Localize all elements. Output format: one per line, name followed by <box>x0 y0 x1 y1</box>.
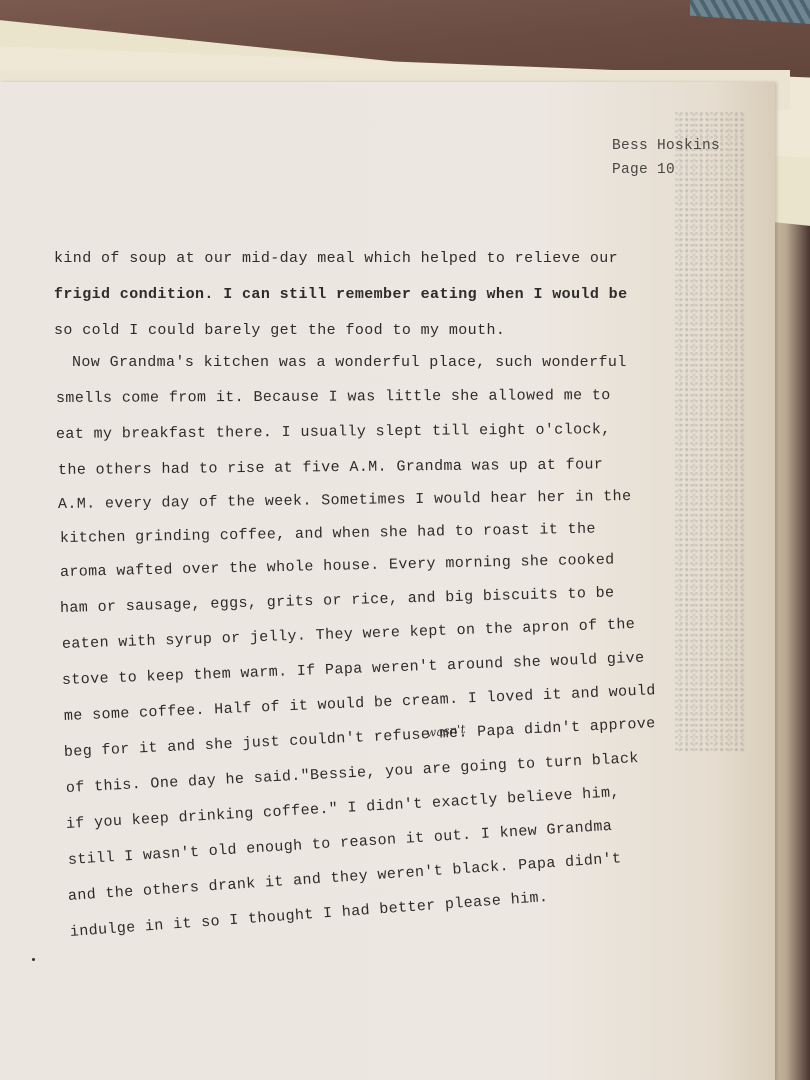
page-number: Page 10 <box>612 158 720 182</box>
text-line: frigid condition. I can still remember e… <box>54 286 628 303</box>
text-line: smells come from it. Because I was littl… <box>56 387 611 407</box>
page-header: Bess Hoskins Page 10 <box>612 134 720 182</box>
toner-speckle <box>675 112 745 752</box>
text-line: kind of soup at our mid-day meal which h… <box>54 250 618 267</box>
author-name: Bess Hoskins <box>612 134 720 158</box>
text-line: Now Grandma's kitchen was a wonderful pl… <box>72 354 627 371</box>
ink-mark <box>32 958 35 961</box>
text-line: so cold I could barely get the food to m… <box>54 322 505 339</box>
